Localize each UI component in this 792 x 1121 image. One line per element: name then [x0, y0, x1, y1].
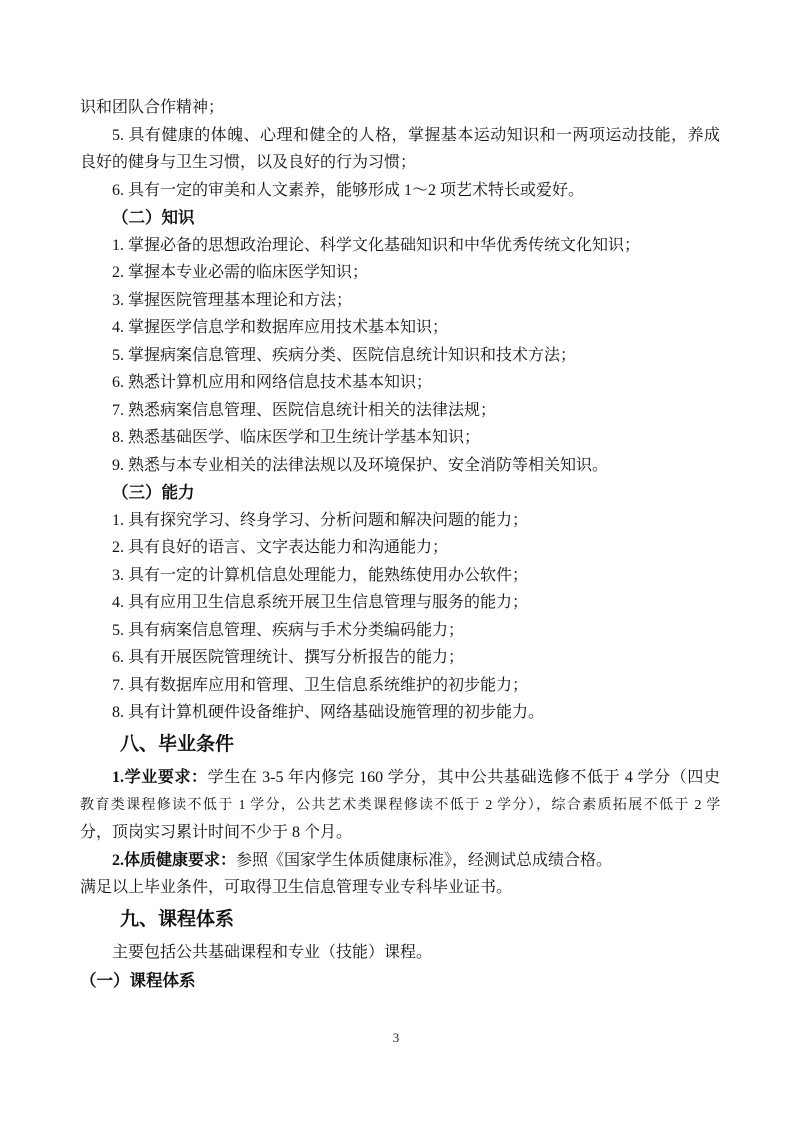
knowledge-item: 8. 熟悉基础医学、临床医学和卫生统计学基本知识；	[80, 424, 720, 452]
graduation-conclusion-line: 满足以上毕业条件，可取得卫生信息管理专业专科毕业证书。	[80, 874, 720, 902]
ability-item: 6. 具有开展医院管理统计、撰写分析报告的能力；	[80, 644, 720, 672]
academic-requirement-line-1: 1.学业要求：学生在 3-5 年内修完 160 学分，其中公共基础选修不低于 4…	[80, 764, 720, 792]
academic-requirement-line-2: 教育类课程修读不低于 1 学分，公共艺术类课程修读不低于 2 学分），综合素质拓…	[80, 792, 720, 820]
fitness-requirement-text: 参照《国家学生体质健康标准》，经测试总成绩合格。	[236, 852, 612, 869]
ability-item: 1. 具有探究学习、终身学习、分析问题和解决问题的能力；	[80, 507, 720, 535]
document-page: 识和团队合作精神； 5. 具有健康的体魄、心理和健全的人格，掌握基本运动知识和一…	[0, 0, 792, 1121]
quality-item-5-line-2: 良好的健身与卫生习惯，以及良好的行为习惯；	[80, 149, 720, 177]
knowledge-item: 3. 掌握医院管理基本理论和方法；	[80, 287, 720, 315]
page-content: 识和团队合作精神； 5. 具有健康的体魄、心理和健全的人格，掌握基本运动知识和一…	[80, 94, 720, 994]
course-system-intro: 主要包括公共基础课程和专业（技能）课程。	[80, 939, 720, 967]
knowledge-item: 9. 熟悉与本专业相关的法律法规以及环境保护、安全消防等相关知识。	[80, 452, 720, 480]
knowledge-item: 7. 熟悉病案信息管理、医院信息统计相关的法律法规；	[80, 397, 720, 425]
page-number: 3	[0, 1030, 792, 1046]
ability-item: 7. 具有数据库应用和管理、卫生信息系统维护的初步能力；	[80, 672, 720, 700]
knowledge-item: 5. 掌握病案信息管理、疾病分类、医院信息统计知识和技术方法；	[80, 342, 720, 370]
fitness-requirement-line: 2.体质健康要求：参照《国家学生体质健康标准》，经测试总成绩合格。	[80, 847, 720, 875]
ability-item: 2. 具有良好的语言、文字表达能力和沟通能力；	[80, 534, 720, 562]
ability-item: 3. 具有一定的计算机信息处理能力，能熟练使用办公软件；	[80, 562, 720, 590]
ability-item: 8. 具有计算机硬件设备维护、网络基础设施管理的初步能力。	[80, 699, 720, 727]
knowledge-item: 1. 掌握必备的思想政治理论、科学文化基础知识和中华优秀传统文化知识；	[80, 232, 720, 260]
intro-continuation-line: 识和团队合作精神；	[80, 94, 720, 122]
fitness-requirement-label: 2.体质健康要求：	[112, 852, 236, 869]
course-system-heading: 九、课程体系	[120, 906, 720, 934]
academic-requirement-label: 1.学业要求：	[112, 769, 208, 786]
quality-item-6: 6. 具有一定的审美和人文素养，能够形成 1～2 项艺术特长或爱好。	[80, 177, 720, 205]
academic-requirement-line-3: 分，顶岗实习累计时间不少于 8 个月。	[80, 819, 720, 847]
course-system-subheading: （一）课程体系	[80, 967, 720, 995]
quality-item-5-line-1: 5. 具有健康的体魄、心理和健全的人格，掌握基本运动知识和一两项运动技能，养成	[80, 122, 720, 150]
ability-item: 4. 具有应用卫生信息系统开展卫生信息管理与服务的能力；	[80, 589, 720, 617]
graduation-conditions-heading: 八、毕业条件	[120, 731, 720, 759]
ability-section-heading: （三）能力	[80, 479, 720, 507]
ability-item: 5. 具有病案信息管理、疾病与手术分类编码能力；	[80, 617, 720, 645]
knowledge-item: 2. 掌握本专业必需的临床医学知识；	[80, 259, 720, 287]
knowledge-item: 4. 掌握医学信息学和数据库应用技术基本知识；	[80, 314, 720, 342]
knowledge-section-heading: （二）知识	[80, 204, 720, 232]
academic-requirement-text-1: 学生在 3-5 年内修完 160 学分，其中公共基础选修不低于 4 学分（四史	[208, 769, 720, 786]
knowledge-item: 6. 熟悉计算机应用和网络信息技术基本知识；	[80, 369, 720, 397]
